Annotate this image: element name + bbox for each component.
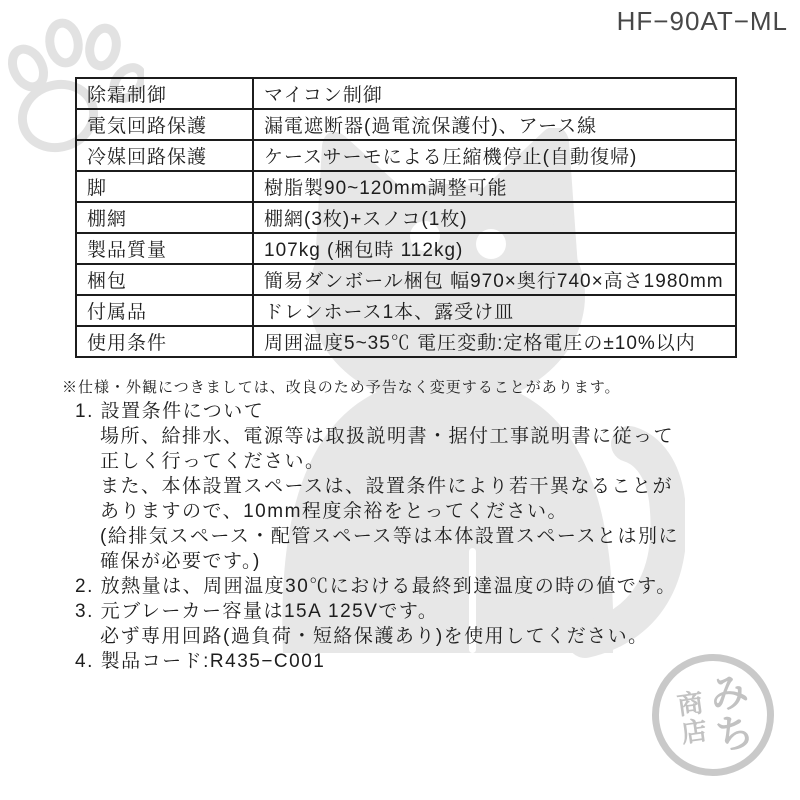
spec-label: 使用条件	[76, 326, 253, 357]
table-row: 電気回路保護 漏電遮断器(過電流保護付)、アース線	[76, 109, 736, 140]
note-line: 必ず専用回路(過負荷・短絡保護あり)を使用してください。	[100, 624, 679, 649]
table-row: 脚 樹脂製90~120mm調整可能	[76, 171, 736, 202]
notes-section: ※仕様・外観につきましては、改良のため予告なく変更することがあります。 1. 設…	[62, 377, 679, 674]
table-row: 付属品 ドレンホース1本、露受け皿	[76, 295, 736, 326]
note-line: 1. 設置条件について	[75, 399, 679, 424]
note-line: 確保が必要です。)	[100, 549, 679, 574]
note-line: 2. 放熱量は、周囲温度30℃における最終到達温度の時の値です。	[75, 574, 679, 599]
table-row: 棚網 棚網(3枚)+スノコ(1枚)	[76, 202, 736, 233]
spec-value: 107kg (梱包時 112kg)	[253, 233, 736, 264]
note-line: (給排気スペース・配管スペース等は本体設置スペースとは別に	[100, 524, 679, 549]
table-row: 使用条件 周囲温度5~35℃ 電圧変動:定格電圧の±10%以内	[76, 326, 736, 357]
note-line: また、本体設置スペースは、設置条件により若干異なることが	[100, 474, 679, 499]
spec-value: 周囲温度5~35℃ 電圧変動:定格電圧の±10%以内	[253, 326, 736, 357]
spec-label: 冷媒回路保護	[76, 140, 253, 171]
spec-label: 除霜制御	[76, 78, 253, 109]
spec-value: 樹脂製90~120mm調整可能	[253, 171, 736, 202]
content-layer: HF−90AT−ML 除霜制御 マイコン制御 電気回路保護 漏電遮断器(過電流保…	[0, 0, 800, 800]
spec-label: 付属品	[76, 295, 253, 326]
spec-value: 棚網(3枚)+スノコ(1枚)	[253, 202, 736, 233]
spec-label: 梱包	[76, 264, 253, 295]
spec-value: 漏電遮断器(過電流保護付)、アース線	[253, 109, 736, 140]
spec-table: 除霜制御 マイコン制御 電気回路保護 漏電遮断器(過電流保護付)、アース線 冷媒…	[75, 77, 737, 358]
note-line: 4. 製品コード:R435−C001	[75, 649, 679, 674]
note-line: 場所、給排水、電源等は取扱説明書・据付工事説明書に従って	[100, 424, 679, 449]
spec-label: 製品質量	[76, 233, 253, 264]
notes-disclaimer: ※仕様・外観につきましては、改良のため予告なく変更することがあります。	[62, 377, 679, 399]
spec-label: 脚	[76, 171, 253, 202]
spec-label: 電気回路保護	[76, 109, 253, 140]
table-row: 製品質量 107kg (梱包時 112kg)	[76, 233, 736, 264]
spec-value: ケースサーモによる圧縮機停止(自動復帰)	[253, 140, 736, 171]
spec-value: 簡易ダンボール梱包 幅970×奥行740×高さ1980mm	[253, 264, 736, 295]
table-row: 梱包 簡易ダンボール梱包 幅970×奥行740×高さ1980mm	[76, 264, 736, 295]
model-number: HF−90AT−ML	[617, 6, 788, 37]
note-line: 正しく行ってください。	[100, 449, 679, 474]
spec-value: ドレンホース1本、露受け皿	[253, 295, 736, 326]
spec-label: 棚網	[76, 202, 253, 233]
spec-sheet-page: みち 商店 HF−90AT−ML 除霜制御 マイコン制御 電気回路保護 漏電遮断…	[0, 0, 800, 800]
table-row: 冷媒回路保護 ケースサーモによる圧縮機停止(自動復帰)	[76, 140, 736, 171]
table-row: 除霜制御 マイコン制御	[76, 78, 736, 109]
note-line: 3. 元ブレーカー容量は15A 125Vです。	[75, 599, 679, 624]
spec-value: マイコン制御	[253, 78, 736, 109]
note-line: ありますので、10mm程度余裕をとってください。	[100, 499, 679, 524]
